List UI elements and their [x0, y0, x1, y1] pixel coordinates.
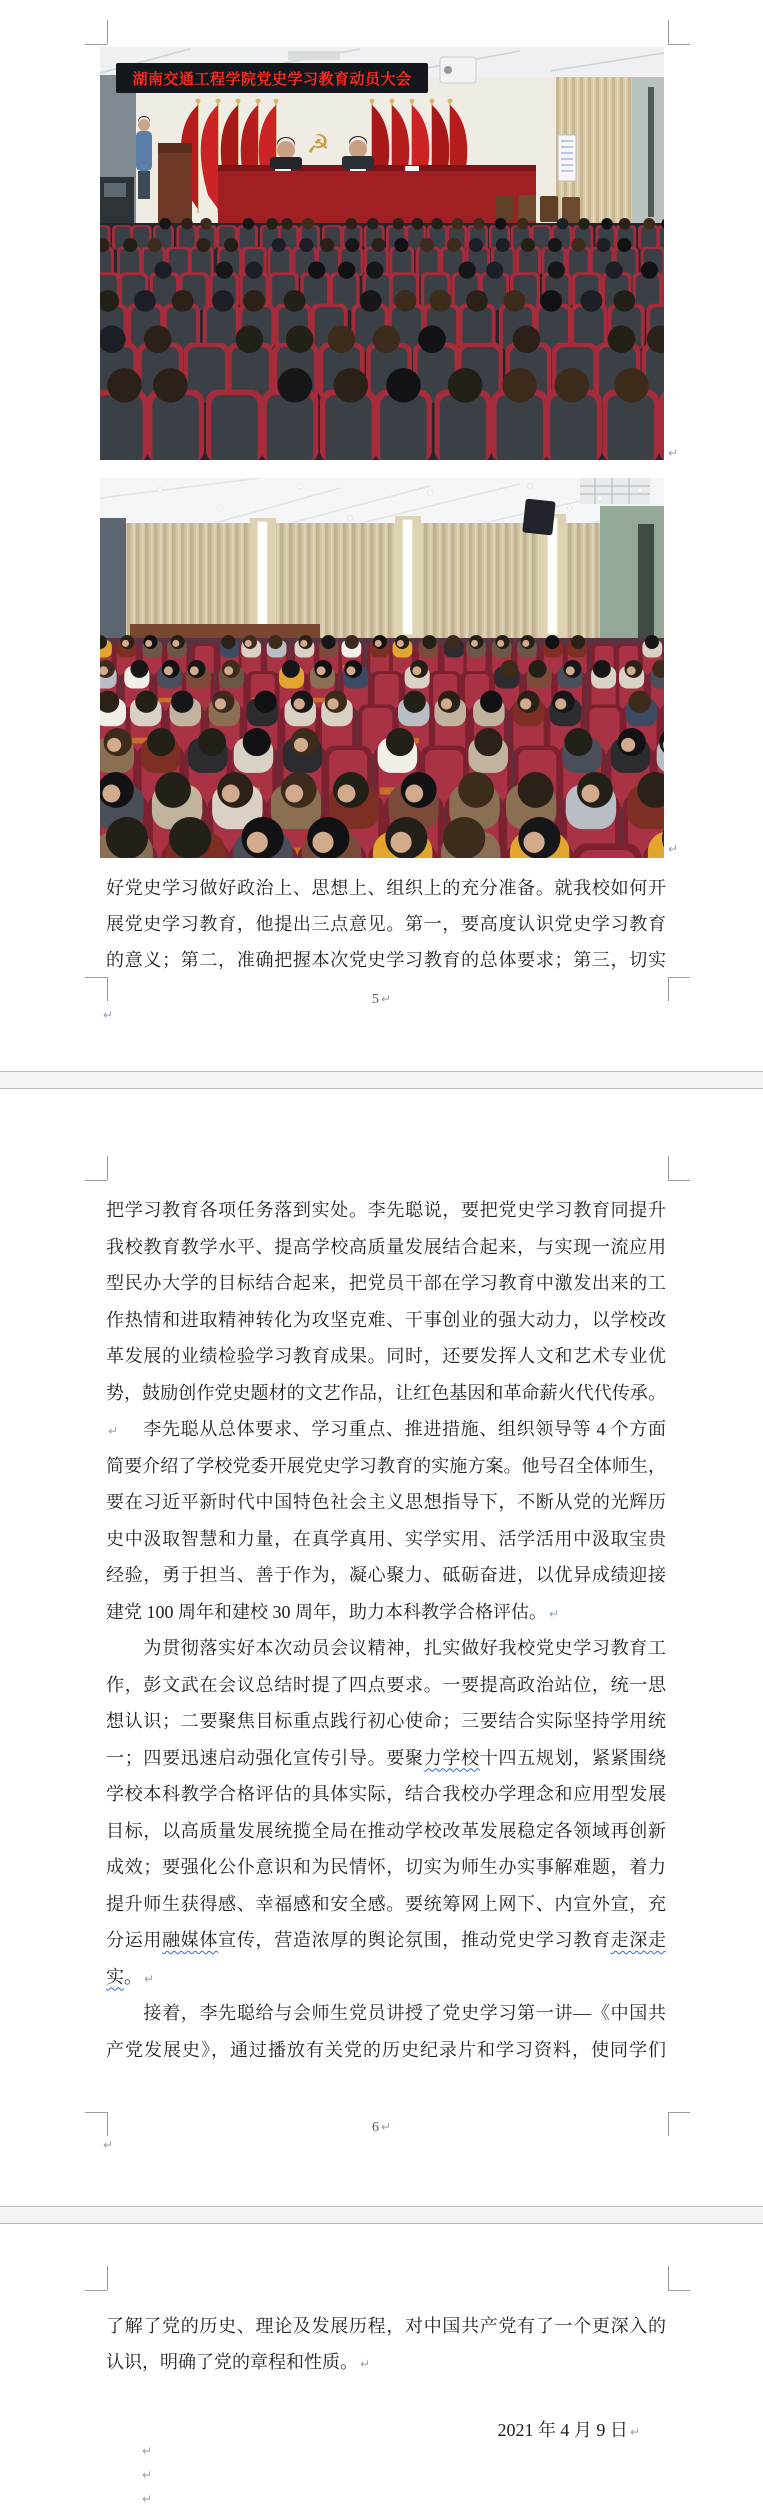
- page-6: 把学习教育各项任务落到实处。李先聪说，要把党史学习教育同提升我校教育教学水平、提…: [0, 1089, 763, 2206]
- paragraph-mark: ↵: [360, 2357, 370, 2371]
- paragraph-mark: ↵: [668, 446, 678, 460]
- text-line: 作，彭文武在会议总结时提了四点要求。一要提高政治站位，统一思: [106, 1667, 666, 1704]
- text-line: 的意义；第二，准确把握本次党史学习教育的总体要求；第三，切实: [106, 942, 666, 978]
- photo-audience: [100, 478, 664, 858]
- party-emblem-icon: ☭: [306, 130, 329, 159]
- paragraph-mark: ↵: [381, 2120, 391, 2134]
- text-line: 作热情和进取精神转化为攻坚克难、干事创业的强大动力，以学校改: [106, 1302, 666, 1339]
- text-line: 学校本科教学合格评估的具体实际，结合我校办学理念和应用型发展: [106, 1776, 666, 1813]
- text-line: 一；四要迅速启动强化宣传引导。要聚力学校十四五规划，紧紧围绕: [106, 1740, 666, 1777]
- text-line: 经验，勇于担当、善于作为，凝心聚力、砥砺奋进，以优异成绩迎接: [106, 1557, 666, 1594]
- paragraph-mark: ↵: [142, 2444, 152, 2458]
- text-line: 势，鼓励创作党史题材的文艺作品，让红色基因和革命薪火代代传承。↵: [106, 1375, 666, 1412]
- document-date: 2021 年 4 月 9 日: [497, 2420, 628, 2440]
- text-line: 产党发展史》，通过播放有关党的历史纪录片和学习资料，使同学们: [106, 2032, 666, 2069]
- text-line: 成效；要强化公仆意识和为民情怀，切实为师生办实事解难题，着力: [106, 1849, 666, 1886]
- text-line: 接着，李先聪给与会师生党员讲授了党史学习第一讲—《中国共: [106, 1995, 666, 2032]
- paragraph-mark: ↵: [144, 1972, 154, 1986]
- text-line: 史中汲取智慧和力量，在真学真用、实学实用、活学活用中汲取宝贵: [106, 1521, 666, 1558]
- photo-meeting-stage: 湖南交通工程学院党史学习教育动员大会 ☭: [100, 47, 664, 460]
- word-document-view: { "pilcrow": "↵", "squiggle_color": "#3a…: [0, 0, 763, 2505]
- text-line: 分运用融媒体宣传，营造浓厚的舆论氛围，推动党史学习教育走深走: [106, 1922, 666, 1959]
- text-line: 建党 100 周年和建校 30 周年，助力本科教学合格评估。↵: [106, 1594, 666, 1631]
- page-number: 5: [372, 992, 379, 1007]
- paragraph-mark: ↵: [381, 992, 391, 1006]
- text-line: 了解了党的历史、理论及发展历程，对中国共产党有了一个更深入的: [106, 2308, 666, 2344]
- audience-seats: [100, 218, 664, 460]
- date-line: 2021 年 4 月 9 日↵: [106, 2412, 666, 2448]
- text-line: 好党史学习做好政治上、思想上、组织上的充分准备。就我校如何开: [106, 870, 666, 906]
- paragraph-mark: ↵: [142, 2468, 152, 2482]
- page-gap: [0, 2206, 763, 2224]
- text-line: 简要介绍了学校党委开展党史学习教育的实施方案。他号召全体师生，: [106, 1448, 666, 1485]
- text-line: 认识，明确了党的章程和性质。↵: [106, 2344, 666, 2380]
- stage-table: [218, 165, 536, 229]
- notice-board: [558, 135, 576, 181]
- text-line: 提升师生获得感、幸福感和安全感。要统筹网上网下、内宣外宣，充: [106, 1886, 666, 1923]
- text-line: 实。↵: [106, 1959, 666, 1996]
- side-wall: [600, 506, 664, 656]
- podium: [158, 143, 192, 229]
- paragraph-mark: ↵: [103, 1008, 113, 1022]
- led-banner: 湖南交通工程学院党史学习教育动员大会: [116, 63, 428, 93]
- text-block-page5: 好党史学习做好政治上、思想上、组织上的充分准备。就我校如何开展党史学习教育，他提…: [106, 870, 666, 978]
- paragraph-mark: ↵: [668, 842, 678, 856]
- text-block-page7: 了解了党的历史、理论及发展历程，对中国共产党有了一个更深入的认识，明确了党的章程…: [106, 2308, 666, 2380]
- text-line: 要在习近平新时代中国特色社会主义思想指导下，不断从党的光辉历: [106, 1484, 666, 1521]
- page-7: 了解了党的历史、理论及发展历程，对中国共产党有了一个更深入的认识，明确了党的章程…: [0, 2224, 763, 2505]
- spellcheck-squiggle: 力学校: [424, 1748, 480, 1768]
- text-line: 想认识；二要聚焦目标重点践行初心使命；三要结合实际坚持学用统: [106, 1703, 666, 1740]
- text-line: 把学习教育各项任务落到实处。李先聪说，要把党史学习教育同提升: [106, 1192, 666, 1229]
- text-line: 李先聪从总体要求、学习重点、推进措施、组织领导等 4 个方面: [106, 1411, 666, 1448]
- spellcheck-squiggle: 走深走: [611, 1930, 666, 1950]
- wall-speaker: [522, 499, 555, 536]
- page-number: 6: [372, 2120, 379, 2135]
- page-number-footer: 6↵: [0, 2120, 763, 2136]
- page-gap: [0, 1071, 763, 1089]
- spellcheck-squiggle: 实: [106, 1967, 124, 1987]
- text-line: 展党史学习教育，他提出三点意见。第一，要高度认识党史学习教育: [106, 906, 666, 942]
- spellcheck-squiggle: 融媒体: [162, 1930, 218, 1950]
- paragraph-mark: ↵: [549, 1607, 559, 1621]
- text-line: 型民办大学的目标结合起来，把党员干部在学习教育中激发出来的工: [106, 1265, 666, 1302]
- text-line: 革发展的业绩检验学习教育成果。同时，还要发挥人文和艺术专业优: [106, 1338, 666, 1375]
- paragraph-mark: ↵: [142, 2492, 152, 2505]
- page-number-footer: 5↵: [0, 992, 763, 1008]
- paragraph-mark: ↵: [103, 2138, 113, 2152]
- text-line: 我校教育教学水平、提高学校高质量发展结合起来，与实现一流应用: [106, 1229, 666, 1266]
- text-block-page6: 把学习教育各项任务落到实处。李先聪说，要把党史学习教育同提升我校教育教学水平、提…: [106, 1192, 666, 2068]
- paragraph-mark: ↵: [630, 2425, 640, 2439]
- banner-text: 湖南交通工程学院党史学习教育动员大会: [132, 70, 411, 88]
- text-line: 为贯彻落实好本次动员会议精神，扎实做好我校党史学习教育工: [106, 1630, 666, 1667]
- students-in-red-seats: [100, 635, 664, 858]
- window-curtains: [100, 523, 664, 641]
- page-5: 湖南交通工程学院党史学习教育动员大会 ☭: [0, 0, 763, 1071]
- text-line: 目标，以高质量发展统揽全局在推动学校改革发展稳定各领域再创新: [106, 1813, 666, 1850]
